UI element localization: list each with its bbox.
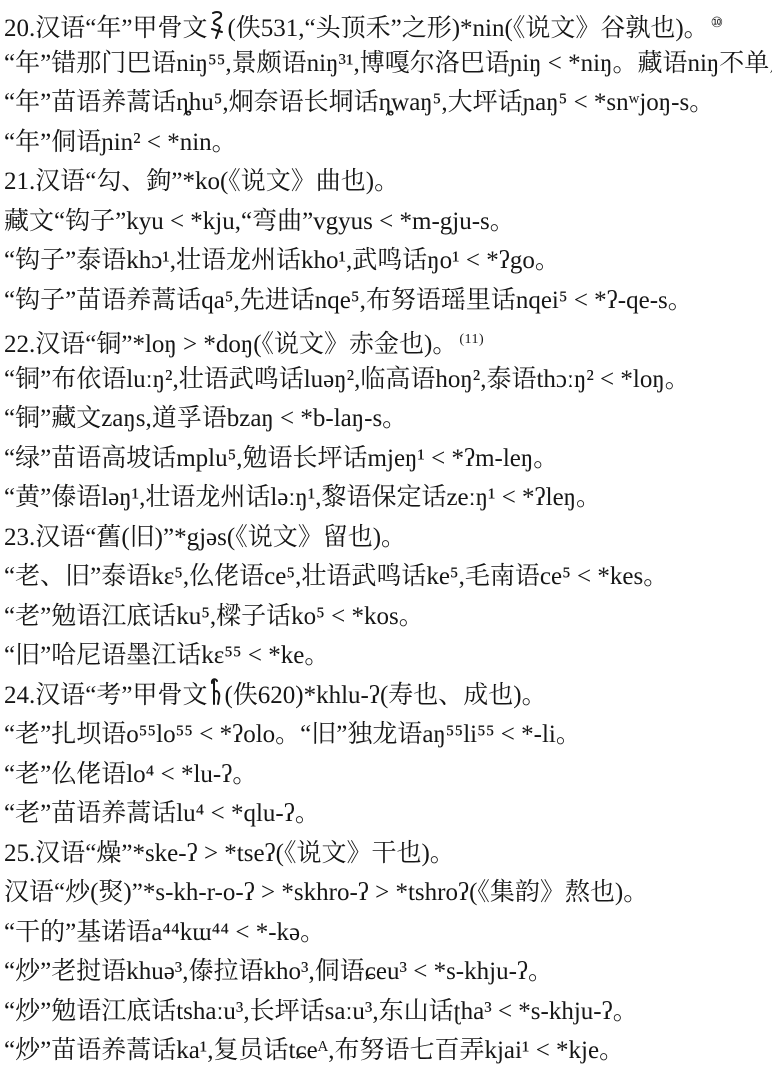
oracle-bone-glyph-nian-icon <box>208 9 226 49</box>
line-lao-miao: “老”苗语养蒿话lu⁴ < *qlu-ʔ。 <box>4 794 770 834</box>
line-gou-tibetan: 藏文“钩子”kyu < *kju,“弯曲”vgyus < *m-gju-s。 <box>4 202 770 242</box>
page: 20.汉语“年”甲骨文(佚531,“头顶禾”之形)*nin(《说文》谷孰也)。⑩… <box>0 0 772 1073</box>
line-entry-22-head: 22.汉语“铜”*loŋ > *doŋ(《说文》赤金也)。(11) <box>4 320 770 360</box>
line-tong-tibetan-daofu: “铜”藏文zaŋs,道孚语bzaŋ < *b-laŋ-s。 <box>4 399 770 439</box>
line-gouzi-miao-bunu: “钩子”苗语养蒿话qa⁵,先进话nqe⁵,布努语瑶里话nqei⁵ < *ʔ-qe… <box>4 281 770 321</box>
line-entry-20-head: 20.汉语“年”甲骨文(佚531,“头顶禾”之形)*nin(《说文》谷孰也)。⑩ <box>4 4 770 44</box>
line-entry-25-head: 25.汉语“燥”*ske-ʔ > *tseʔ(《说文》干也)。 <box>4 834 770 874</box>
line-entry-24-head-pre: 24.汉语“考”甲骨文 <box>4 682 207 709</box>
line-chao-lao-dai-dong: “炒”老挝语khuə³,傣拉语kho³,侗语ɕeu³ < *s-khju-ʔ。 <box>4 952 770 992</box>
line-chao-miao-bunu: “炒”苗语养蒿话ka¹,复员话tɕeᴬ,布努语七百弄kjai¹ < *kje。 <box>4 1031 770 1071</box>
line-huang-dai-zhuang-li: “黄”傣语ləŋ¹,壮语龙州话ləːŋ¹,黎语保定话zeːŋ¹ < *ʔleŋ。 <box>4 478 770 518</box>
line-jiu-hani: “旧”哈尼语墨江话kɛ⁵⁵ < *ke。 <box>4 636 770 676</box>
line-lao-mian: “老”勉语江底话ku⁵,樑子话ko⁵ < *kos。 <box>4 597 770 637</box>
line-gande-jinuo: “干的”基诺语a⁴⁴kɯ⁴⁴ < *-kə。 <box>4 913 770 953</box>
line-nian-dong: “年”侗语ɲin² < *nin。 <box>4 123 770 163</box>
line-gouzi-tai-zhuang: “钩子”泰语khɔ¹,壮语龙州话kho¹,武鸣话ŋo¹ < *ʔgo。 <box>4 241 770 281</box>
line-lao-zhaba-dulong: “老”扎坝语o⁵⁵lo⁵⁵ < *ʔolo。“旧”独龙语aŋ⁵⁵li⁵⁵ < *… <box>4 715 770 755</box>
line-nian-miao: “年”苗语养蒿话ȵ̥hu⁵,炯奈语长垌话ȵ̥waŋ⁵,大坪话ɲaŋ⁵ < *sn… <box>4 83 770 123</box>
line-entry-21-head: 21.汉语“勾、鉤”*ko(《说文》曲也)。 <box>4 162 770 202</box>
footnote-ref-11: (11) <box>459 332 484 347</box>
line-entry-23-head: 23.汉语“舊(旧)”*gjəs(《说文》留也)。 <box>4 518 770 558</box>
line-chao-reconstruction: 汉语“炒(㷅)”*s-kh-r-o-ʔ > *skhro-ʔ > *tshroʔ… <box>4 873 770 913</box>
line-entry-22-head-text: 22.汉语“铜”*loŋ > *doŋ(《说文》赤金也)。 <box>4 331 457 358</box>
line-entry-20-head-post: (佚531,“头顶禾”之形)*nin(《说文》谷孰也)。 <box>227 15 708 42</box>
line-chao-mian: “炒”勉语江底话tshaːu³,长坪话saːu³,东山话ʈha³ < *s-kh… <box>4 992 770 1032</box>
line-entry-24-head: 24.汉语“考”甲骨文(佚620)*khlu-ʔ(寿也、成也)。 <box>4 676 770 716</box>
line-lv-miao-mian: “绿”苗语高坡话mplu⁵,勉语长坪话mjeŋ¹ < *ʔm-leŋ。 <box>4 439 770 479</box>
line-lao-mulam: “老”仫佬语lo⁴ < *lu-ʔ。 <box>4 755 770 795</box>
line-tong-buyi-zhuang-tai: “铜”布依语luːŋ²,壮语武鸣话luəŋ²,临高语hoŋ²,泰语thɔːŋ² … <box>4 360 770 400</box>
line-nian-monba-jingpo: “年”错那门巴语niŋ⁵⁵,景颇语niŋ³¹,博嘎尔洛巴语ɲiŋ < *niŋ。… <box>4 44 770 84</box>
footnote-ref-10: ⑩ <box>711 16 724 31</box>
line-entry-24-head-post: (佚620)*khlu-ʔ(寿也、成也)。 <box>224 682 546 709</box>
line-entry-20-head-pre: 20.汉语“年”甲骨文 <box>4 15 207 42</box>
oracle-bone-glyph-kao-icon <box>208 676 223 716</box>
line-laojiu-tai-mulam: “老、旧”泰语kɛ⁵,仫佬语ce⁵,壮语武鸣话ke⁵,毛南语ce⁵ < *kes… <box>4 557 770 597</box>
